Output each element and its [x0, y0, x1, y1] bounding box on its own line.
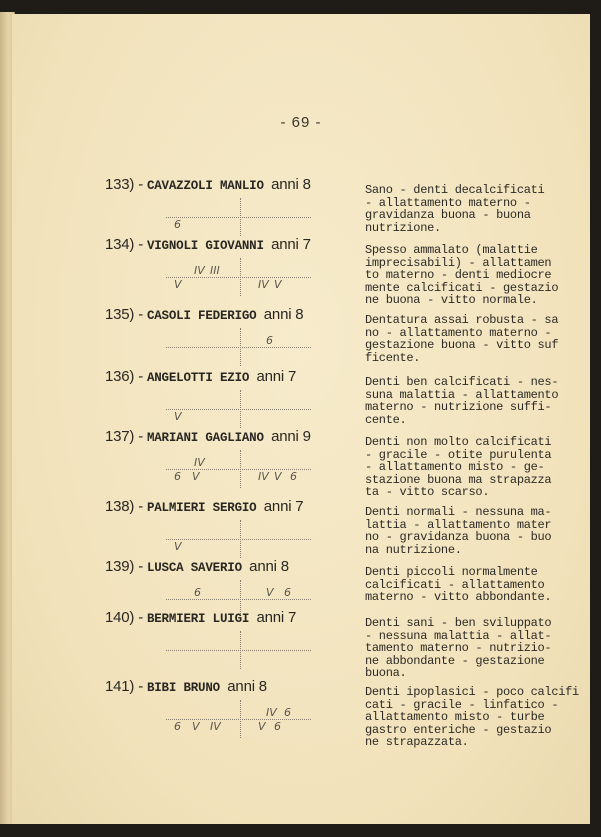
record-title: 133) - CAVAZZOLI MANLIO anni 8: [105, 176, 311, 193]
record-title: 135) - CASOLI FEDERIGO anni 8: [105, 306, 303, 323]
tooth-mark-upper-left: IV: [194, 264, 205, 277]
child-name: ANGELOTTI EZIO: [147, 371, 257, 385]
dental-chart-occlusal-line: [166, 650, 311, 651]
tooth-mark-lower-right: 6: [290, 470, 297, 483]
tooth-mark-lower-right: V: [258, 720, 266, 733]
child-name: PALMIERI SERGIO: [147, 501, 264, 515]
record-title: 134) - VIGNOLI GIOVANNI anni 7: [105, 236, 311, 253]
dental-chart-midline: [240, 328, 241, 366]
tooth-mark-lower-left: 6: [174, 720, 181, 733]
tooth-mark-upper-left: III: [210, 264, 220, 277]
record-title: 138) - PALMIERI SERGIO anni 7: [105, 498, 303, 515]
record-number: 138) -: [105, 498, 147, 515]
record-title: 139) - LUSCA SAVERIO anni 8: [105, 558, 289, 575]
dental-chart-occlusal-line: [166, 217, 311, 218]
dental-chart-midline: [240, 520, 241, 558]
child-name: CAVAZZOLI MANLIO: [147, 179, 271, 193]
tooth-mark-upper-right: V: [266, 586, 274, 599]
dental-chart-midline: [240, 631, 241, 669]
tooth-mark-lower-right: 6: [274, 720, 281, 733]
record-number: 135) -: [105, 306, 147, 323]
tooth-mark-upper-left: 6: [194, 586, 201, 599]
document-page: - 69 - 133) - CAVAZZOLI MANLIO anni 8San…: [12, 14, 590, 824]
child-age: anni 8: [264, 306, 304, 323]
child-age: anni 8: [249, 558, 289, 575]
dental-chart-occlusal-line: [166, 347, 311, 348]
child-age: anni 7: [264, 498, 304, 515]
record-title: 141) - BIBI BRUNO anni 8: [105, 678, 267, 695]
record-title: 137) - MARIANI GAGLIANO anni 9: [105, 428, 311, 445]
child-age: anni 9: [271, 428, 311, 445]
dental-chart-midline: [240, 700, 241, 738]
dental-chart-midline: [240, 390, 241, 428]
record-number: 140) -: [105, 609, 147, 626]
tooth-mark-lower-left: 6: [174, 218, 181, 231]
tooth-mark-upper-right: 6: [284, 586, 291, 599]
dental-chart: [166, 631, 311, 669]
dental-chart: IV6VIVV6: [166, 450, 311, 488]
dental-chart-occlusal-line: [166, 599, 311, 600]
tooth-mark-lower-right: V: [274, 278, 282, 291]
record-title: 140) - BERMIERI LUIGI anni 7: [105, 609, 296, 626]
child-age: anni 7: [271, 236, 311, 253]
record-number: 136) -: [105, 368, 147, 385]
clinical-notes: Sano - denti decalcificati - allattament…: [365, 184, 595, 234]
child-age: anni 8: [271, 176, 311, 193]
child-name: MARIANI GAGLIANO: [147, 431, 271, 445]
dental-chart: 6: [166, 328, 311, 366]
clinical-notes: Dentatura assai robusta - sa no - allatt…: [365, 314, 595, 364]
dental-chart-occlusal-line: [166, 409, 311, 410]
child-age: anni 8: [227, 678, 267, 695]
tooth-mark-lower-right: IV: [258, 278, 269, 291]
tooth-mark-lower-left: V: [174, 278, 182, 291]
record-number: 141) -: [105, 678, 147, 695]
dental-chart-midline: [240, 258, 241, 296]
page-number: - 69 -: [12, 114, 590, 131]
record-number: 133) -: [105, 176, 147, 193]
clinical-notes: Denti normali - nessuna ma- lattia - all…: [365, 506, 595, 556]
dental-chart-occlusal-line: [166, 719, 311, 720]
dental-chart: 6VIVIV6V6: [166, 700, 311, 738]
child-name: LUSCA SAVERIO: [147, 561, 249, 575]
record-title: 136) - ANGELOTTI EZIO anni 7: [105, 368, 296, 385]
record-number: 137) -: [105, 428, 147, 445]
clinical-notes: Denti piccoli normalmente calcificati - …: [365, 566, 595, 604]
record-number: 134) -: [105, 236, 147, 253]
tooth-mark-lower-right: V: [274, 470, 282, 483]
child-name: BIBI BRUNO: [147, 681, 227, 695]
dental-chart: V: [166, 520, 311, 558]
tooth-mark-upper-right: IV: [266, 706, 277, 719]
dental-chart-occlusal-line: [166, 539, 311, 540]
clinical-notes: Denti ipoplasici - poco calcifi cati - g…: [365, 686, 595, 749]
tooth-mark-lower-left: V: [174, 540, 182, 553]
dental-chart: 6: [166, 198, 311, 236]
clinical-notes: Denti ben calcificati - nes- suna malatt…: [365, 376, 595, 426]
tooth-mark-upper-right: 6: [266, 334, 273, 347]
tooth-mark-upper-right: 6: [284, 706, 291, 719]
dental-chart-midline: [240, 198, 241, 236]
child-name: CASOLI FEDERIGO: [147, 309, 264, 323]
tooth-mark-lower-left: V: [174, 410, 182, 423]
clinical-notes: Denti sani - ben sviluppato - nessuna ma…: [365, 617, 595, 680]
child-age: anni 7: [256, 368, 296, 385]
tooth-mark-lower-left: 6: [174, 470, 181, 483]
tooth-mark-lower-right: IV: [258, 470, 269, 483]
record-number: 139) -: [105, 558, 147, 575]
tooth-mark-lower-left: V: [192, 470, 200, 483]
tooth-mark-lower-left: IV: [210, 720, 221, 733]
child-age: anni 7: [256, 609, 296, 626]
child-name: BERMIERI LUIGI: [147, 612, 257, 626]
dental-chart-occlusal-line: [166, 277, 311, 278]
tooth-mark-upper-left: IV: [194, 456, 205, 469]
clinical-notes: Spesso ammalato (malattie imprecisabili)…: [365, 244, 595, 307]
clinical-notes: Denti non molto calcificati - gracile - …: [365, 436, 595, 499]
dental-chart: V: [166, 390, 311, 428]
child-name: VIGNOLI GIOVANNI: [147, 239, 271, 253]
dental-chart: IVIIIVIVV: [166, 258, 311, 296]
tooth-mark-lower-left: V: [192, 720, 200, 733]
dental-chart-midline: [240, 450, 241, 488]
